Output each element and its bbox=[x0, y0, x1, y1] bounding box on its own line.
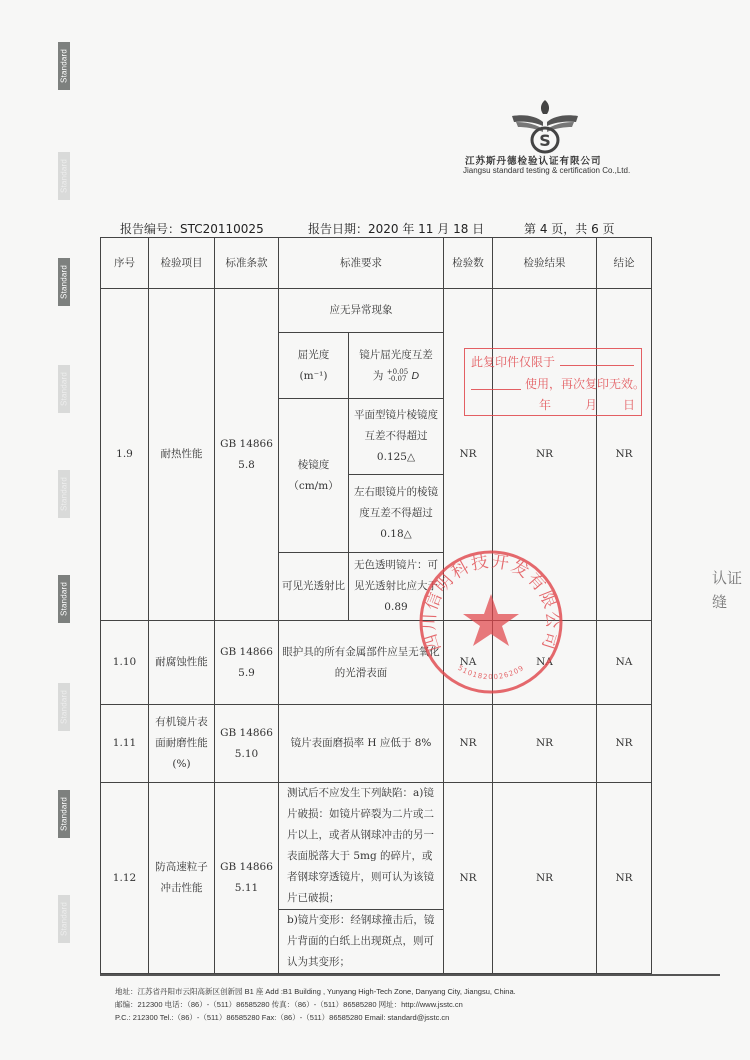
req-general: 应无异常现象 bbox=[279, 289, 444, 333]
row-conclusion: NR bbox=[597, 783, 652, 974]
row-requirement-b: b)镜片变形：经钢球撞击后，镜片背面的白纸上出现斑点，则可认为其变形； bbox=[279, 910, 444, 974]
footer-address: 地址：江苏省丹阳市云阳高新区创新园 B1 座 Add :B1 Building … bbox=[115, 986, 516, 997]
header-result: 检验结果 bbox=[493, 238, 597, 289]
sub-name: 棱镜度 bbox=[282, 455, 345, 476]
tolerance-unit: D bbox=[412, 370, 420, 382]
sub-req-transmittance: 无色透明镜片：可见光透射比应大于 0.89 bbox=[349, 553, 444, 621]
row-item: 耐热性能 bbox=[149, 289, 215, 621]
row-qty: NR bbox=[444, 783, 493, 974]
stamp-blank-1 bbox=[560, 365, 634, 366]
stamp-year: 年 bbox=[539, 396, 551, 413]
table-header-row: 序号 检验项目 标准条款 标准要求 检验数 检验结果 结论 bbox=[101, 238, 652, 289]
winged-s-logo-icon: S bbox=[510, 96, 580, 156]
report-date: 报告日期：2020 年 11 月 18 日 bbox=[308, 220, 484, 237]
header-clause: 标准条款 bbox=[215, 238, 279, 289]
side-tag: Standard bbox=[58, 470, 70, 518]
page-indicator: 第 4 页，共 6 页 bbox=[524, 220, 615, 237]
sub-name: 屈光度 bbox=[282, 345, 345, 366]
side-tag: Standard bbox=[58, 575, 70, 623]
footer-divider bbox=[100, 974, 720, 976]
row-result: NR bbox=[493, 289, 597, 621]
row-no: 1.11 bbox=[101, 705, 149, 783]
sub-req-prism-lr: 左右眼镜片的棱镜度互差不得超过 0.18△ bbox=[349, 475, 444, 553]
header-item: 检验项目 bbox=[149, 238, 215, 289]
row-qty: NA bbox=[444, 621, 493, 705]
stamp-line2: 使用，再次复印无效。 bbox=[525, 375, 645, 392]
clause-standard: GB 14866 bbox=[218, 857, 275, 878]
edge-text: 认证 bbox=[712, 566, 742, 590]
clause-standard: GB 14866 bbox=[218, 434, 275, 455]
row-clause: GB 14866 5.10 bbox=[215, 705, 279, 783]
row-conclusion: NR bbox=[597, 705, 652, 783]
row-requirement: 眼护具的所有金属部件应呈无氧化的光滑表面 bbox=[279, 621, 444, 705]
row-clause: GB 14866 5.11 bbox=[215, 783, 279, 974]
header-requirement: 标准要求 bbox=[279, 238, 444, 289]
side-tag: Standard bbox=[58, 683, 70, 731]
svg-text:S: S bbox=[539, 131, 551, 150]
row-requirement: 镜片表面磨损率 H 应低于 8% bbox=[279, 705, 444, 783]
sub-unit: (m⁻¹) bbox=[282, 366, 345, 387]
stamp-line1: 此复印件仅限于 bbox=[471, 353, 555, 370]
header-qty: 检验数 bbox=[444, 238, 493, 289]
side-tag: Standard bbox=[58, 152, 70, 200]
clause-section: 5.10 bbox=[218, 744, 275, 765]
row-qty: NR bbox=[444, 289, 493, 621]
tolerance-prefix: 为 bbox=[373, 370, 384, 382]
tolerance-values: +0.05 -0.07 bbox=[387, 369, 408, 383]
edge-text: 缝 bbox=[712, 590, 742, 614]
stamp-blank-2 bbox=[471, 389, 521, 390]
clause-section: 5.9 bbox=[218, 663, 275, 684]
row-no: 1.12 bbox=[101, 783, 149, 974]
clause-section: 5.11 bbox=[218, 878, 275, 899]
clause-section: 5.8 bbox=[218, 455, 275, 476]
row-result: NR bbox=[493, 783, 597, 974]
sub-unit: （cm/m） bbox=[282, 476, 345, 497]
side-tag: Standard bbox=[58, 790, 70, 838]
row-qty: NR bbox=[444, 705, 493, 783]
row-conclusion: NA bbox=[597, 621, 652, 705]
row-no: 1.9 bbox=[101, 289, 149, 621]
row-clause: GB 14866 5.8 bbox=[215, 289, 279, 621]
side-tag: Standard bbox=[58, 42, 70, 90]
tolerance: 为 +0.05 -0.07 D bbox=[352, 366, 440, 387]
sub-name-refraction: 屈光度 (m⁻¹) bbox=[279, 333, 349, 399]
sub-req-text: 镜片屈光度互差 bbox=[352, 345, 440, 366]
sub-req-refraction: 镜片屈光度互差 为 +0.05 -0.07 D bbox=[349, 333, 444, 399]
tolerance-minus: -0.07 bbox=[387, 376, 408, 383]
edge-seam-text: 认证 缝 bbox=[712, 566, 742, 614]
header-no: 序号 bbox=[101, 238, 149, 289]
row-item: 有机镜片表面耐磨性能(%) bbox=[149, 705, 215, 783]
stamp-day: 日 bbox=[623, 396, 635, 413]
company-name-cn: 江苏斯丹德检验认证有限公司 bbox=[465, 153, 602, 167]
row-result: NA bbox=[493, 621, 597, 705]
side-tag: Standard bbox=[58, 895, 70, 943]
footer-contact-cn: 邮编：212300 电话：（86）-（511）86585280 传真：（86）-… bbox=[115, 999, 463, 1010]
table-row: 1.9 耐热性能 GB 14866 5.8 应无异常现象 NR NR NR bbox=[101, 289, 652, 333]
row-clause: GB 14866 5.9 bbox=[215, 621, 279, 705]
side-tag: Standard bbox=[58, 258, 70, 306]
clause-standard: GB 14866 bbox=[218, 642, 275, 663]
sub-name-prism: 棱镜度 （cm/m） bbox=[279, 399, 349, 553]
row-no: 1.10 bbox=[101, 621, 149, 705]
table-row: 1.10 耐腐蚀性能 GB 14866 5.9 眼护具的所有金属部件应呈无氧化的… bbox=[101, 621, 652, 705]
row-requirement-a: 测试后不应发生下列缺陷：a)镜片破损：如镜片碎裂为二片或二片以上，或者从钢球冲击… bbox=[279, 783, 444, 910]
row-item: 防高速粒子冲击性能 bbox=[149, 783, 215, 974]
row-result: NR bbox=[493, 705, 597, 783]
clause-standard: GB 14866 bbox=[218, 723, 275, 744]
stamp-month: 月 bbox=[585, 396, 597, 413]
table-row: 1.12 防高速粒子冲击性能 GB 14866 5.11 测试后不应发生下列缺陷… bbox=[101, 783, 652, 910]
table-row: 1.11 有机镜片表面耐磨性能(%) GB 14866 5.10 镜片表面磨损率… bbox=[101, 705, 652, 783]
row-item: 耐腐蚀性能 bbox=[149, 621, 215, 705]
company-name-en: Jiangsu standard testing & certification… bbox=[463, 166, 630, 175]
footer-contact-en: P.C.: 212300 Tel.:（86）-（511）86585280 Fax… bbox=[115, 1012, 449, 1023]
side-tag: Standard bbox=[58, 365, 70, 413]
report-number: 报告编号：STC20110025 bbox=[120, 220, 264, 237]
header-conclusion: 结论 bbox=[597, 238, 652, 289]
sub-req-prism-flat: 平面型镜片棱镜度互差不得超过 0.125△ bbox=[349, 399, 444, 475]
sub-name-transmittance: 可见光透射比 bbox=[279, 553, 349, 621]
row-conclusion: NR bbox=[597, 289, 652, 621]
copy-restriction-stamp: 此复印件仅限于 使用，再次复印无效。 年 月 日 bbox=[464, 348, 642, 416]
